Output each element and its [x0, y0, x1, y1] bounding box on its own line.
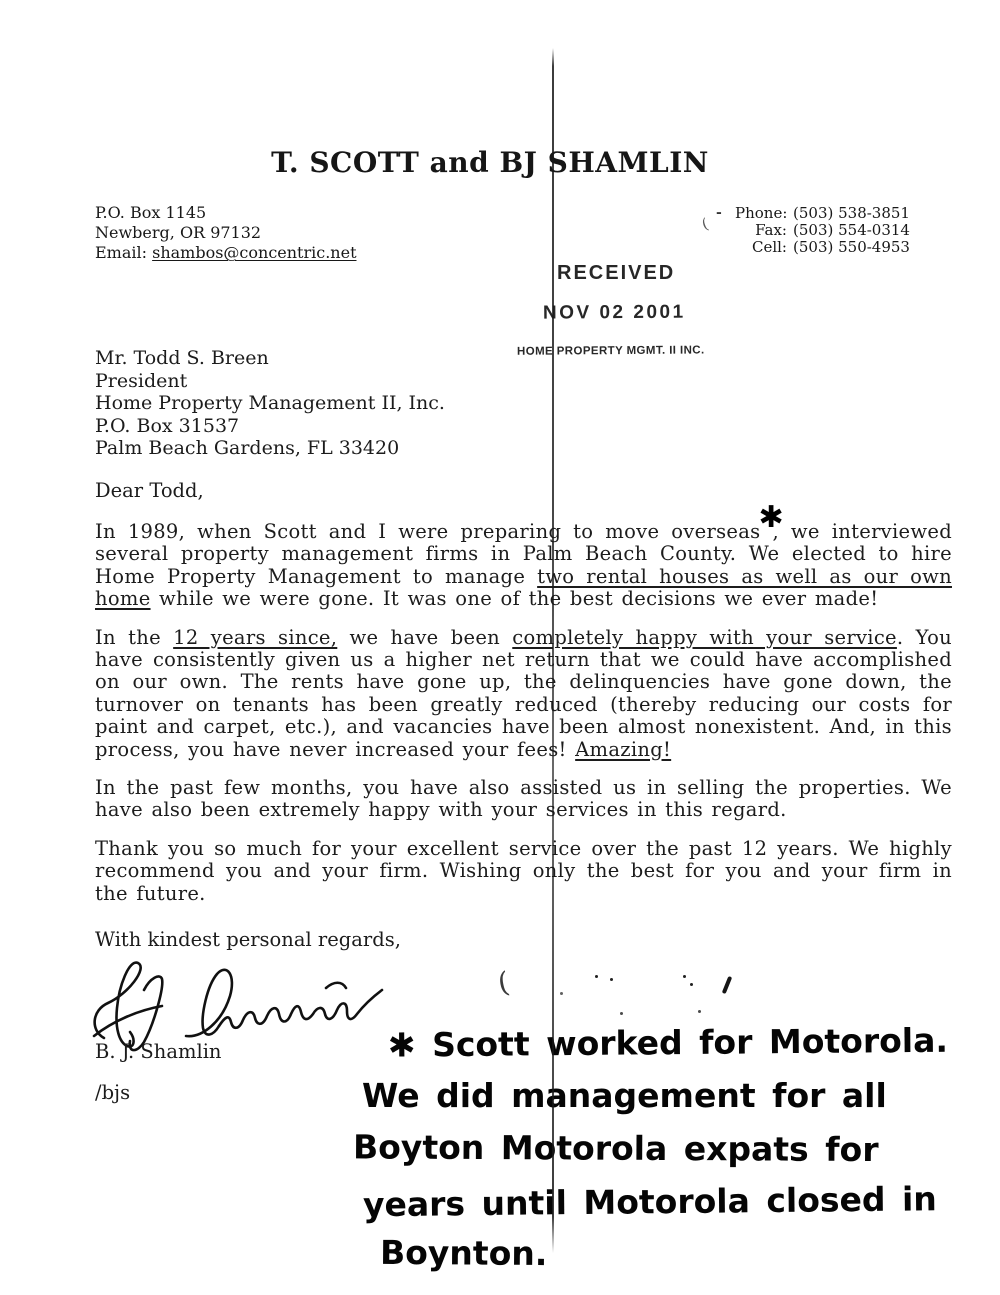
email-label: Email:	[95, 243, 147, 262]
paragraph-3: In the past few months, you have also as…	[95, 777, 952, 822]
scan-line-artifact	[552, 48, 554, 1253]
scribble-dots	[595, 975, 598, 978]
scribble-stroke	[722, 976, 732, 994]
text-run: we have been	[337, 626, 512, 649]
text-run: In the	[95, 626, 173, 649]
text-run: In 1989, when Scott and I were preparing…	[95, 520, 760, 543]
recipient-title: President	[95, 370, 445, 393]
cell-row: Cell: (503) 550-4953	[735, 239, 910, 256]
recipient-company: Home Property Management II, Inc.	[95, 392, 445, 415]
received-stamp: RECEIVED NOV 02 2001 HOME PROPERTY MGMT.…	[515, 262, 735, 357]
recipient-pobox: P.O. Box 31537	[95, 415, 445, 438]
paragraph-2: In the 12 years since, we have been comp…	[95, 627, 952, 761]
stamp-company: HOME PROPERTY MGMT. II INC.	[517, 344, 735, 358]
recipient-address-block: Mr. Todd S. Breen President Home Propert…	[95, 347, 445, 460]
fax-row: Fax: (503) 554-0314	[735, 222, 910, 239]
contact-block: Phone: (503) 538-3851 Fax: (503) 554-031…	[735, 205, 910, 256]
text-underline: 12 years since,	[173, 626, 337, 649]
text-run: while we were gone. It was one of the be…	[151, 587, 879, 610]
text-run: In the past few months, you have also as…	[95, 776, 952, 821]
sender-city: Newberg, OR 97132	[95, 223, 357, 243]
text-run: Thank you so much for your excellent ser…	[95, 837, 952, 905]
paragraph-1: In 1989, when Scott and I were preparing…	[95, 521, 952, 611]
phone-label: Phone:	[735, 205, 787, 222]
note-line-2: We did management for all	[362, 1076, 990, 1129]
recipient-name: Mr. Todd S. Breen	[95, 347, 445, 370]
stray-mark-artifacts: - (	[700, 203, 730, 248]
letter-body: In 1989, when Scott and I were preparing…	[95, 521, 952, 921]
sender-pobox: P.O. Box 1145	[95, 203, 357, 223]
paragraph-4: Thank you so much for your excellent ser…	[95, 838, 952, 905]
cell-label: Cell:	[735, 239, 787, 256]
fax-label: Fax:	[735, 222, 787, 239]
text-underline: Amazing!	[575, 738, 671, 761]
sender-email-line: Email: shambos@concentric.net	[95, 243, 357, 263]
letterhead-title: T. SCOTT and BJ SHAMLIN	[0, 146, 980, 179]
stamp-received-text: RECEIVED	[557, 262, 735, 285]
scribble-paren: (	[495, 965, 512, 999]
typist-initials: /bjs	[95, 1081, 130, 1104]
note-line-4: years until Motorola closed in	[363, 1179, 991, 1239]
letter-page: T. SCOTT and BJ SHAMLIN P.O. Box 1145 Ne…	[0, 0, 1000, 1295]
pen-scribble-artifacts: (	[490, 958, 760, 1022]
note-line-1: ✱ Scott worked for Motorola.	[388, 1020, 990, 1078]
phone-value: (503) 538-3851	[793, 205, 910, 222]
stray-curl-mark: (	[699, 215, 710, 234]
stray-dash-mark: -	[716, 205, 722, 221]
note-line-5: Boynton.	[380, 1233, 990, 1290]
salutation: Dear Todd,	[95, 479, 204, 502]
note-line-3: Boyton Motorola expats for	[353, 1127, 990, 1183]
stamp-date: NOV 02 2001	[543, 301, 735, 324]
recipient-city: Palm Beach Gardens, FL 33420	[95, 437, 445, 460]
signature-name: B. J. Shamlin	[95, 1040, 222, 1063]
email-address: shambos@concentric.net	[152, 243, 356, 262]
fax-value: (503) 554-0314	[793, 222, 910, 239]
cell-value: (503) 550-4953	[793, 239, 910, 256]
text-underline: completely happy with your service	[512, 626, 897, 649]
handwritten-note: ✱ Scott worked for Motorola. We did mana…	[350, 1023, 990, 1288]
sender-address-block: P.O. Box 1145 Newberg, OR 97132 Email: s…	[95, 203, 357, 263]
phone-row: Phone: (503) 538-3851	[735, 205, 910, 222]
